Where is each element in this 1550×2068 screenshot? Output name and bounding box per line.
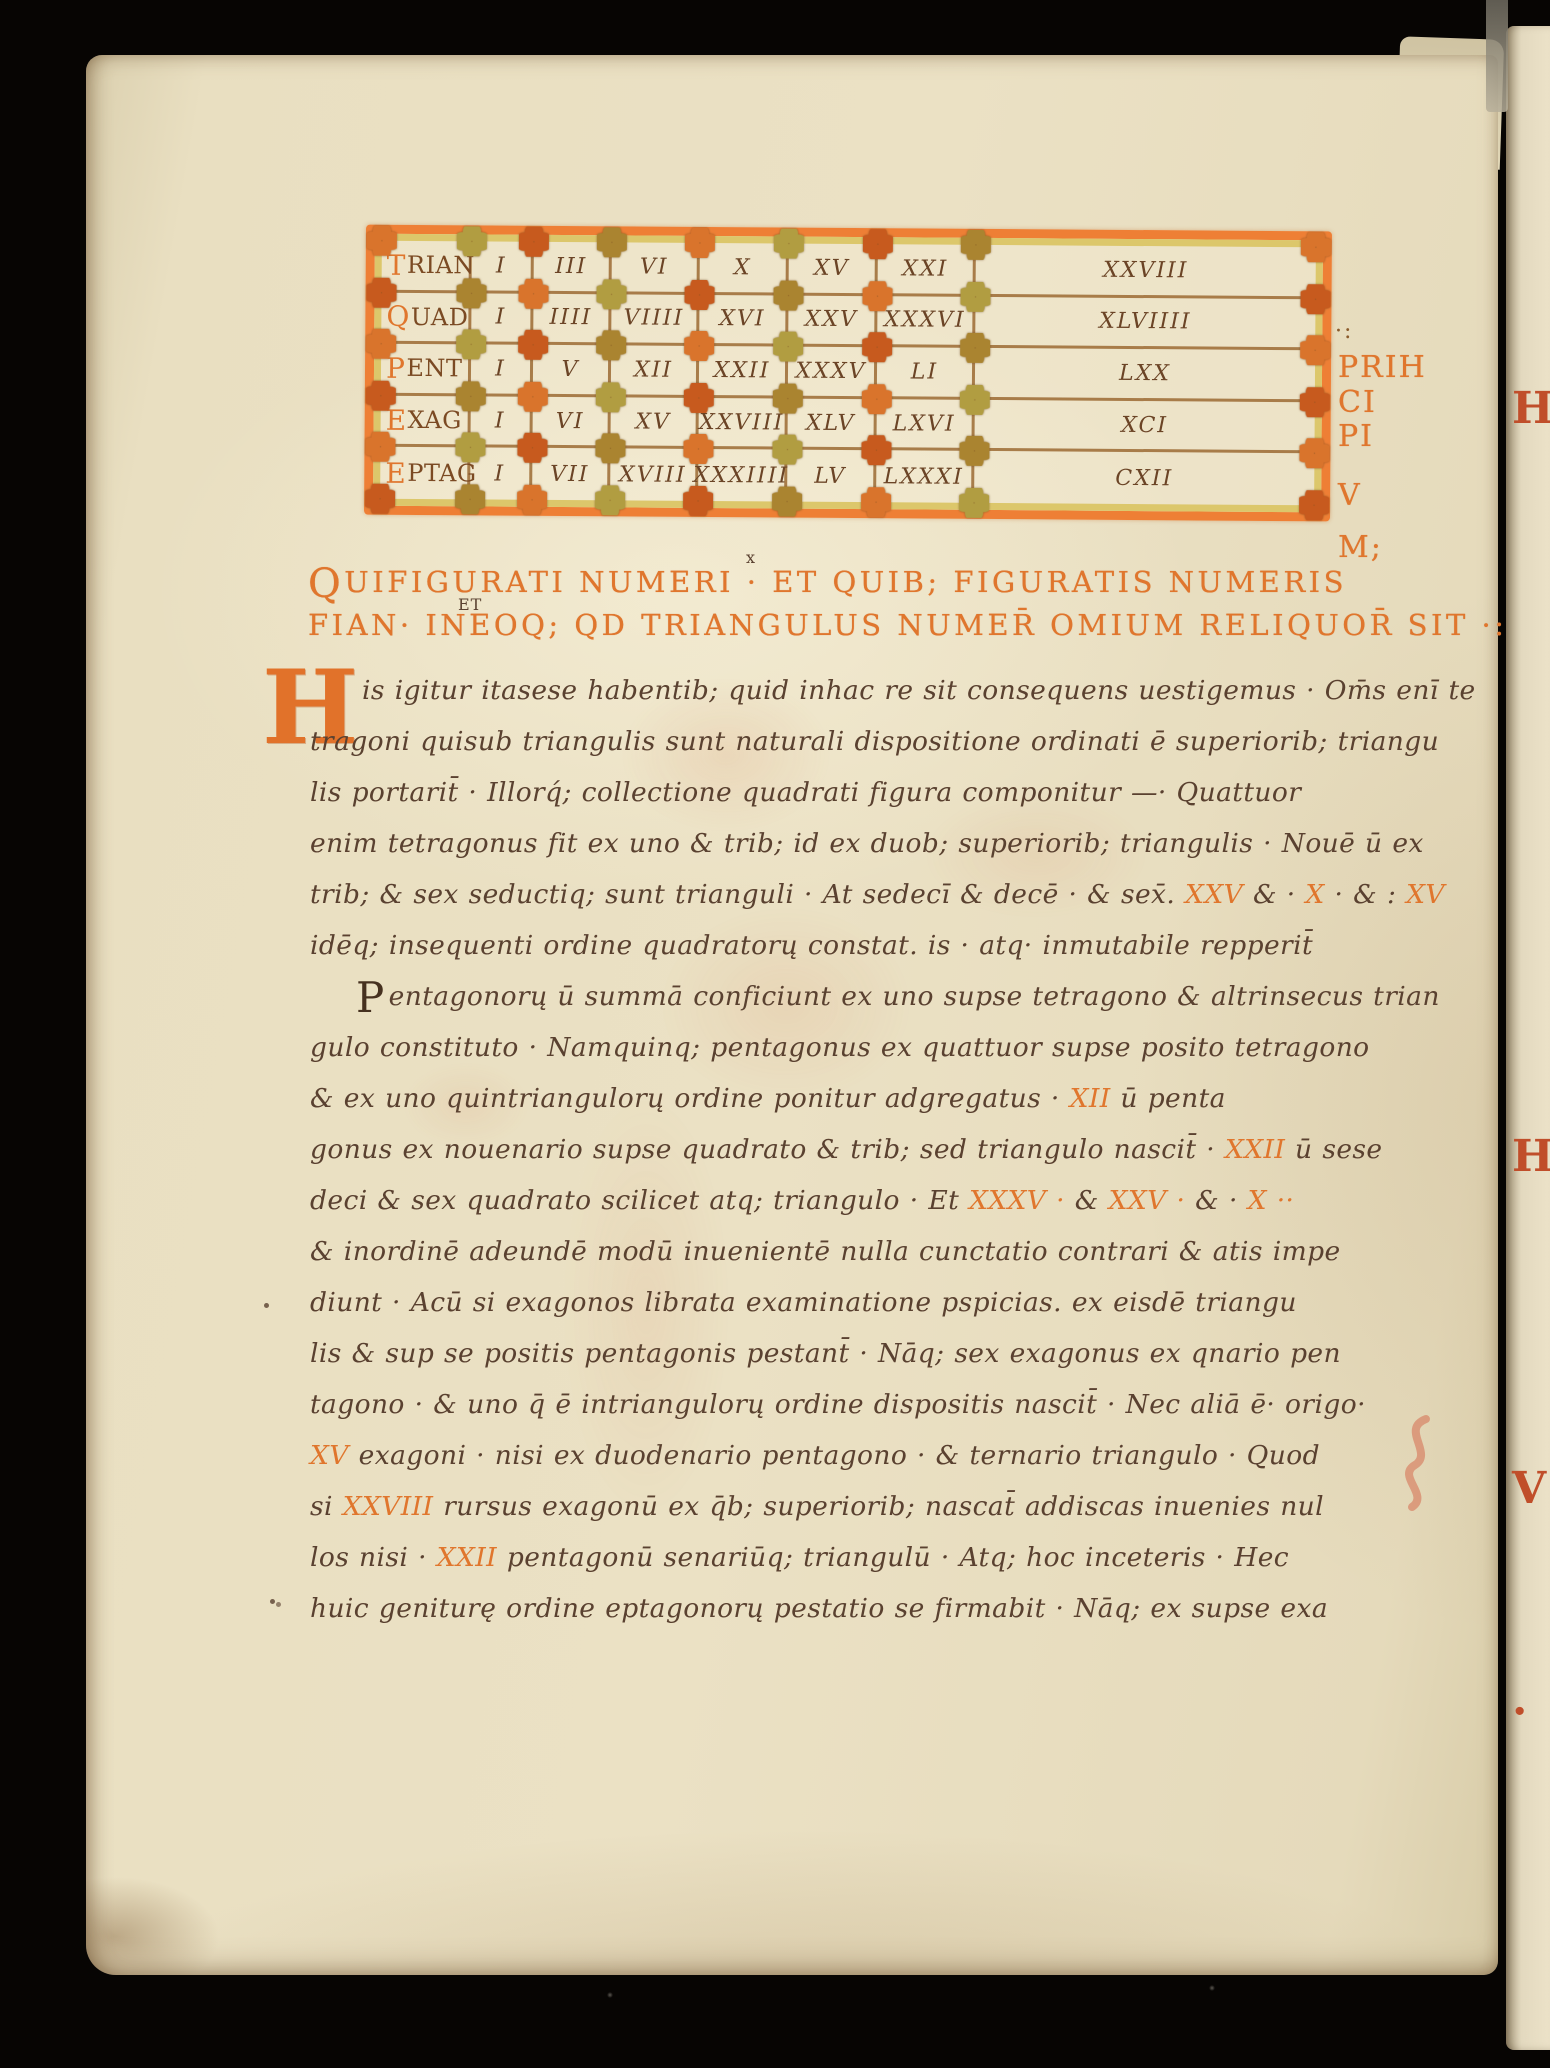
manuscript-line: idēq; insequenti ordine quadratorų const… <box>310 930 1510 981</box>
table-row-label: EXAG <box>380 396 470 448</box>
manuscript-line: trib; & sex seductiq; sunt trianguli · A… <box>310 879 1510 930</box>
manuscript-line: & inordinē adeundē modū inuenientē nulla… <box>310 1236 1510 1287</box>
text-segment: ū penta <box>1111 1083 1226 1114</box>
facing-page-edge: HHV· <box>1506 26 1550 2050</box>
figurate-table-grid: TRIANIIIIVIXXVXXIXXVIIIQUADIIIIIVIIIIXVI… <box>380 241 1316 506</box>
row-label-text: PTAG <box>407 459 477 487</box>
body-text-block: is igitur itasese habentib; quid inhac r… <box>310 675 1510 1644</box>
manuscript-page: TRIANIIIIVIXXVXXIXXVIIIQUADIIIIIVIIIIXVI… <box>86 55 1498 1975</box>
text-segment: tragoni quisub triangulis sunt naturali … <box>310 726 1439 757</box>
table-cell: III <box>534 242 612 294</box>
text-segment: X <box>1305 879 1324 910</box>
table-inner-band: TRIANIIIIVIXXVXXIXXVIIIQUADIIIIIVIIIIXVI… <box>373 234 1323 513</box>
table-cell: LXX <box>975 348 1315 402</box>
text-segment: gulo constituto · Namquinq; pentagonus e… <box>310 1032 1370 1063</box>
table-cell: XXXVI <box>877 296 975 348</box>
text-segment: XV <box>310 1440 349 1471</box>
text-segment: pentagonū senariūq; triangulū · Atq; hoc… <box>497 1542 1289 1573</box>
facing-page-text-fragment: · <box>1512 1686 1527 1737</box>
table-cell: XLV <box>787 398 876 450</box>
text-segment: exagoni · nisi ex duodenario pentagono ·… <box>349 1440 1320 1471</box>
manuscript-line: enim tetragonus fit ex uno & trib; id ex… <box>310 828 1510 879</box>
facing-page-text-fragment: H <box>1512 1131 1550 1182</box>
table-cell: XXI <box>878 244 976 296</box>
table-cell: I <box>471 345 533 397</box>
manuscript-line: & ex uno quintriangulorų ordine ponitur … <box>310 1083 1510 1134</box>
table-cell: XLVIIII <box>975 296 1315 350</box>
margin-mark <box>264 1303 269 1308</box>
figurate-numbers-table: TRIANIIIIVIXXVXXIXXVIIIQUADIIIIIVIIIIXVI… <box>364 225 1332 522</box>
row-label-text: UAD <box>411 303 469 331</box>
text-segment: ū sese <box>1285 1134 1382 1165</box>
manuscript-line: gulo constituto · Namquinq; pentagonus e… <box>310 1032 1510 1083</box>
table-cell: VIIII <box>611 294 699 346</box>
table-row-label: PENT <box>381 344 471 396</box>
table-cell: LV <box>787 450 876 502</box>
manuscript-line: XV exagoni · nisi ex duodenario pentagon… <box>310 1440 1510 1491</box>
table-row-label: TRIAN <box>382 241 472 293</box>
text-segment: lis portarit̄ · Illorq́; collectione qua… <box>310 777 1301 808</box>
table-cell: V <box>533 345 611 397</box>
text-segment: XXII <box>1225 1134 1285 1165</box>
text-segment: XXVIII <box>343 1491 434 1522</box>
table-cell: XXXIIII <box>698 449 787 501</box>
text-segment: si <box>310 1491 343 1522</box>
text-segment: XV <box>1406 879 1445 910</box>
manuscript-line: is igitur itasese habentib; quid inhac r… <box>310 675 1510 726</box>
table-cell: XXVIII <box>698 398 787 450</box>
table-cell: XXV <box>788 295 877 347</box>
margin-dots: ·: <box>1335 319 1353 344</box>
table-cell: XV <box>789 244 878 296</box>
principium-syllable: PI <box>1338 420 1427 455</box>
manuscript-line: lis portarit̄ · Illorq́; collectione qua… <box>310 777 1510 828</box>
table-cell: I <box>471 293 533 345</box>
row-label-initial: T <box>387 249 406 282</box>
text-segment: & · <box>1243 879 1305 910</box>
table-cell: VII <box>532 448 610 500</box>
marginal-flourish-mark <box>1394 1413 1436 1513</box>
text-segment: X ·· <box>1248 1185 1295 1216</box>
row-label-initial: Q <box>386 300 410 333</box>
text-segment: XXXV · <box>969 1185 1065 1216</box>
table-cell: VI <box>532 397 610 449</box>
manuscript-line: los nisi · XXII pentagonū senariūq; tria… <box>310 1542 1510 1593</box>
principium-syllable: V <box>1338 479 1427 514</box>
text-segment: XII <box>1070 1083 1111 1114</box>
text-segment: Q <box>308 561 344 607</box>
row-label-initial: E <box>386 403 407 436</box>
text-segment: UIFIGURATI NUMERI · ET QUIB; FIGURATIS N… <box>344 565 1347 599</box>
manuscript-line: diunt · Acū si exagonos librata examinat… <box>310 1287 1510 1338</box>
rubric-lines: QUIFIGURATI NUMERI · ET QUIB; FIGURATIS … <box>308 561 1498 655</box>
manuscript-line: lis & sup se positis pentagonis pestant̄… <box>310 1338 1510 1389</box>
principium-syllable: PRIH <box>1338 351 1427 386</box>
text-segment: P <box>356 973 385 1022</box>
text-segment: is igitur itasese habentib; quid inhac r… <box>362 675 1476 706</box>
table-cell: XCI <box>974 400 1314 454</box>
table-cell: X <box>700 243 789 295</box>
text-segment: gonus ex nouenario supse quadrato & trib… <box>310 1134 1225 1165</box>
table-cell: I <box>470 396 532 448</box>
text-segment: tagono · & uno q̄ ē intriangulorų ordine… <box>310 1389 1366 1420</box>
text-segment: deci & sex quadrato scilicet atq; triang… <box>310 1185 969 1216</box>
table-cell: I <box>472 241 534 293</box>
superscript-et: ET <box>458 595 482 614</box>
table-cell: XXXV <box>788 347 877 399</box>
table-cell: I <box>470 448 532 500</box>
manuscript-line: si XXVIII rursus exagonū ex q̄b; superio… <box>310 1491 1510 1542</box>
manuscript-line: tagono · & uno q̄ ē intriangulorų ordine… <box>310 1389 1510 1440</box>
photo-background: TRIANIIIIVIXXVXXIXXVIIIQUADIIIIIVIIIIXVI… <box>0 0 1550 2068</box>
table-row-label: EPTAG <box>380 447 470 499</box>
facing-page-text-fragment: H <box>1512 383 1550 434</box>
text-segment: los nisi · <box>310 1542 437 1573</box>
manuscript-line: Pentagonorų ū summā conficiunt ex uno su… <box>310 981 1510 1032</box>
text-segment: & ex uno quintriangulorų ordine ponitur … <box>310 1083 1070 1114</box>
page-clamp-edge <box>1486 0 1508 112</box>
row-label-text: XAG <box>408 406 462 434</box>
table-cell: XV <box>610 397 698 449</box>
text-segment: huic geniturę ordine eptagonorų pestatio… <box>310 1593 1328 1624</box>
manuscript-line: QUIFIGURATI NUMERI · ET QUIB; FIGURATIS … <box>308 561 1498 608</box>
text-segment: FIAN· INEOQ; QD TRIANGULUS NUMER̄ OMIUM … <box>308 608 1508 642</box>
text-segment: XXV · <box>1109 1185 1186 1216</box>
table-cell: VI <box>612 242 700 294</box>
text-segment: lis & sup se positis pentagonis pestant̄… <box>310 1338 1341 1369</box>
table-cell: XVI <box>699 295 788 347</box>
principium-vertical: PRIHCIPIVM; <box>1338 351 1427 566</box>
row-label-initial: P <box>386 352 406 385</box>
table-cell: LXXXI <box>876 451 974 503</box>
table-cell: XXVIII <box>976 245 1316 299</box>
table-cell: XVIII <box>610 449 698 501</box>
text-segment: & inordinē adeundē modū inuenientē nulla… <box>310 1236 1341 1267</box>
text-segment: idēq; insequenti ordine quadratorų const… <box>310 930 1313 961</box>
rubric-block: x ET QUIFIGURATI NUMERI · ET QUIB; FIGUR… <box>308 561 1498 655</box>
text-segment: entagonorų ū summā conficiunt ex uno sup… <box>389 981 1440 1012</box>
text-segment: & <box>1065 1185 1109 1216</box>
manuscript-line: gonus ex nouenario supse quadrato & trib… <box>310 1134 1510 1185</box>
table-cell: IIII <box>533 293 611 345</box>
facing-page-text-fragment: V <box>1512 1463 1546 1514</box>
text-segment: XXII <box>437 1542 497 1573</box>
margin-mark <box>270 1599 275 1604</box>
manuscript-line: FIAN· INEOQ; QD TRIANGULUS NUMER̄ OMIUM … <box>308 608 1498 655</box>
table-cell: CXII <box>974 451 1314 505</box>
row-label-initial: E <box>385 456 406 489</box>
principium-syllable: CI <box>1338 386 1427 421</box>
manuscript-line: tragoni quisub triangulis sunt naturali … <box>310 726 1510 777</box>
text-segment: rursus exagonū ex q̄b; superiorib; nasca… <box>433 1491 1324 1522</box>
text-segment: trib; & sex seductiq; sunt trianguli · A… <box>310 879 1185 910</box>
row-label-text: ENT <box>406 354 462 382</box>
table-row-label: QUAD <box>381 292 471 344</box>
manuscript-line: huic geniturę ordine eptagonorų pestatio… <box>310 1593 1510 1644</box>
table-cell: LXVI <box>876 399 974 451</box>
text-segment: diunt · Acū si exagonos librata examinat… <box>310 1287 1297 1318</box>
table-cell: XII <box>611 346 699 398</box>
text-segment: enim tetragonus fit ex uno & trib; id ex… <box>310 828 1424 859</box>
text-segment: XXV <box>1185 879 1243 910</box>
superscript-x: x <box>746 548 756 567</box>
manuscript-line: deci & sex quadrato scilicet atq; triang… <box>310 1185 1510 1236</box>
text-segment: · & : <box>1325 879 1406 910</box>
text-segment: & · <box>1185 1185 1247 1216</box>
table-cell: LI <box>877 347 975 399</box>
table-cell: XXII <box>699 346 788 398</box>
row-label-text: RIAN <box>407 251 475 279</box>
